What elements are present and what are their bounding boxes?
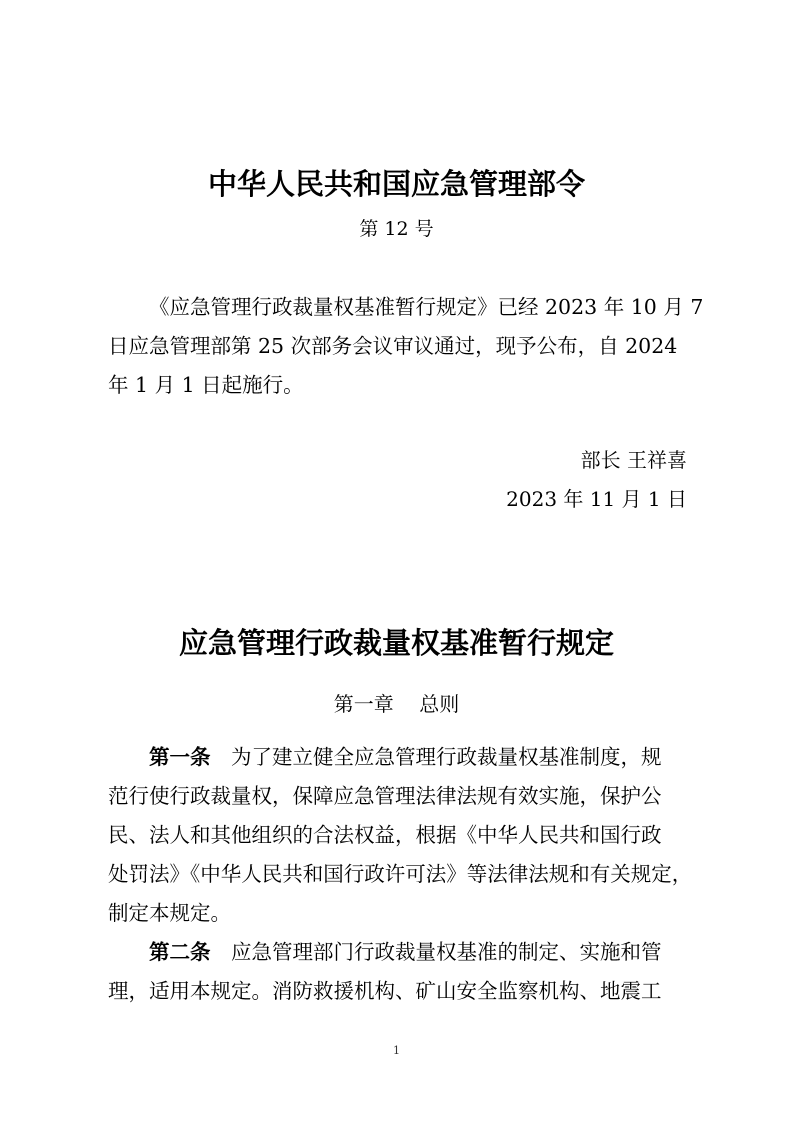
document-page: 中华人民共和国应急管理部令 第 12 号 《应急管理行政裁量权基准暂行规定》已经… <box>0 0 793 1122</box>
article-text: 范行使行政裁量权，保障应急管理法律法规有效实施，保护公 <box>108 777 688 816</box>
order-body: 《应急管理行政裁量权基准暂行规定》已经 2023 年 10 月 7 日应急管理部… <box>108 288 688 405</box>
signing-date: 2023 年 11 月 1 日 <box>506 483 687 512</box>
article-text: 应急管理部门行政裁量权基准的制定、实施和管 <box>231 940 662 964</box>
article-text: 民、法人和其他组织的合法权益，根据《中华人民共和国行政 <box>108 816 688 855</box>
regulation-title: 应急管理行政裁量权基准暂行规定 <box>0 621 793 662</box>
article-text: 处罚法》《中华人民共和国行政许可法》等法律法规和有关规定， <box>108 855 688 894</box>
article-label: 第二条 <box>149 940 211 964</box>
article-label: 第一条 <box>149 745 211 769</box>
article-text: 理，适用本规定。消防救援机构、矿山安全监察机构、地震工 <box>108 972 688 1011</box>
article-2: 第二条 应急管理部门行政裁量权基准的制定、实施和管 理，适用本规定。消防救援机构… <box>108 933 688 1011</box>
order-title: 中华人民共和国应急管理部令 <box>0 162 793 203</box>
article-text: 为了建立健全应急管理行政裁量权基准制度，规 <box>231 745 662 769</box>
order-body-line: 《应急管理行政裁量权基准暂行规定》已经 2023 年 10 月 7 <box>108 288 688 327</box>
article-1: 第一条 为了建立健全应急管理行政裁量权基准制度，规 范行使行政裁量权，保障应急管… <box>108 738 688 933</box>
signatory: 部长 王祥喜 <box>581 444 687 473</box>
article-text: 制定本规定。 <box>108 894 688 933</box>
page-number: 1 <box>0 1044 793 1057</box>
chapter-heading: 第一章 总则 <box>0 688 793 717</box>
order-body-line: 年 1 月 1 日起施行。 <box>108 366 688 405</box>
order-body-line: 日应急管理部第 25 次部务会议审议通过，现予公布，自 2024 <box>108 327 688 366</box>
order-number: 第 12 号 <box>0 214 793 241</box>
